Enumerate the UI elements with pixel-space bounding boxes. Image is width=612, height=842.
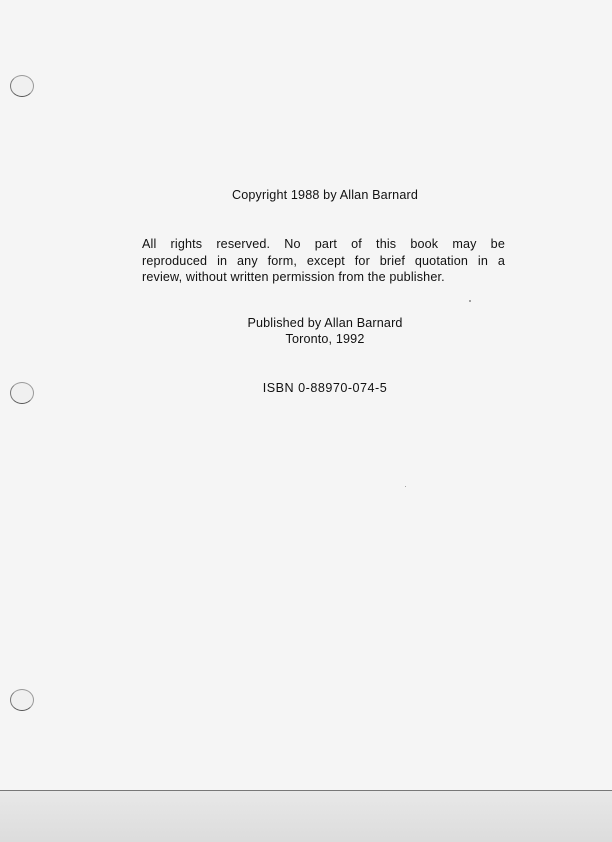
binder-hole-icon — [10, 689, 34, 711]
copyright-notice: Copyright 1988 by Allan Barnard — [0, 188, 612, 202]
rights-line: review, without written permission from … — [142, 269, 505, 286]
rights-line: All rights reserved. No part of this boo… — [142, 236, 505, 253]
scan-speck — [469, 300, 471, 302]
rights-statement: All rights reserved. No part of this boo… — [142, 236, 505, 286]
publisher-line: Published by Allan Barnard — [0, 316, 612, 330]
isbn-number: ISBN 0-88970-074-5 — [0, 381, 612, 395]
scan-speck — [405, 486, 406, 487]
place-year-line: Toronto, 1992 — [0, 332, 612, 346]
rights-line: reproduced in any form, except for brief… — [142, 253, 505, 270]
scanner-bed-edge — [0, 790, 612, 842]
binder-hole-icon — [10, 75, 34, 97]
scanned-page: Copyright 1988 by Allan Barnard All righ… — [0, 0, 612, 790]
